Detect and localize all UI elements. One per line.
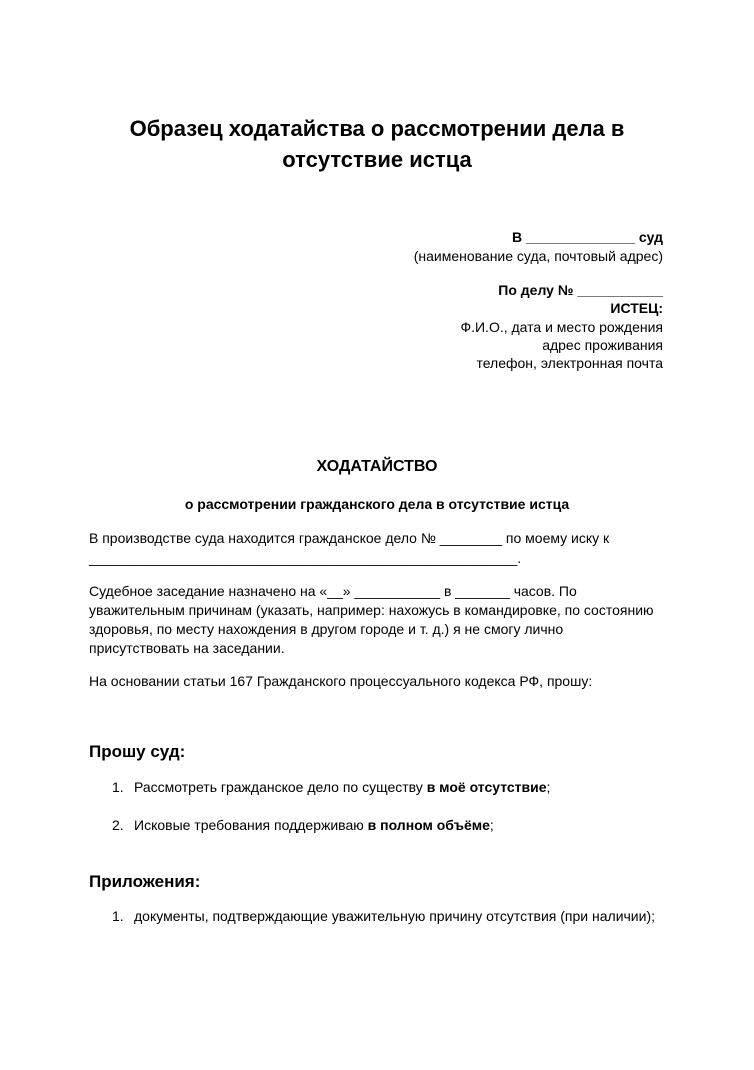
- attachments-heading: Приложения:: [89, 872, 200, 892]
- paragraph-hearing-line: присутствовать на заседании.: [89, 639, 679, 658]
- court-line: В ______________ суд: [512, 228, 663, 247]
- list-number: 1.: [112, 778, 134, 797]
- document-type-heading: ХОДАТАЙСТВО: [0, 458, 754, 476]
- paragraph-hearing-line: уважительным причинам (указать, например…: [89, 601, 679, 620]
- request-item: 1.Рассмотреть гражданское дело по сущест…: [112, 778, 550, 797]
- document-subtitle: о рассмотрении гражданского дела в отсут…: [0, 496, 754, 512]
- plaintiff-line: телефон, электронная почта: [476, 354, 663, 373]
- emphasis: в полном объёме: [368, 817, 490, 833]
- paragraph-legal-basis: На основании статьи 167 Гражданского про…: [89, 672, 679, 691]
- paragraph-case-line-1: В производстве суда находится гражданско…: [89, 529, 679, 548]
- emphasis: в моё отсутствие: [427, 779, 547, 795]
- list-number: 1.: [112, 907, 134, 926]
- list-number: 2.: [112, 816, 134, 835]
- request-item: 2.Исковые требования поддерживаю в полно…: [112, 816, 494, 835]
- plaintiff-line: адрес проживания: [542, 336, 663, 355]
- paragraph-hearing-line: здоровья, по месту нахождения в другом г…: [89, 620, 679, 639]
- plaintiff-label: ИСТЕЦ:: [610, 299, 663, 318]
- paragraph-hearing-line: Судебное заседание назначено на «__» ___…: [89, 582, 679, 601]
- attachment-item: 1.документы, подтверждающие уважительную…: [112, 907, 655, 926]
- paragraph-case-line-2: ________________________________________…: [89, 549, 679, 568]
- document-title-line-1: Образец ходатайства о рассмотрении дела …: [0, 113, 754, 144]
- case-number-line: По делу № ___________: [498, 281, 663, 300]
- court-note: (наименование суда, почтовый адрес): [414, 247, 663, 266]
- document-title-line-2: отсутствие истца: [0, 144, 754, 175]
- plaintiff-line: Ф.И.О., дата и место рождения: [460, 318, 663, 337]
- request-heading: Прошу суд:: [89, 742, 185, 762]
